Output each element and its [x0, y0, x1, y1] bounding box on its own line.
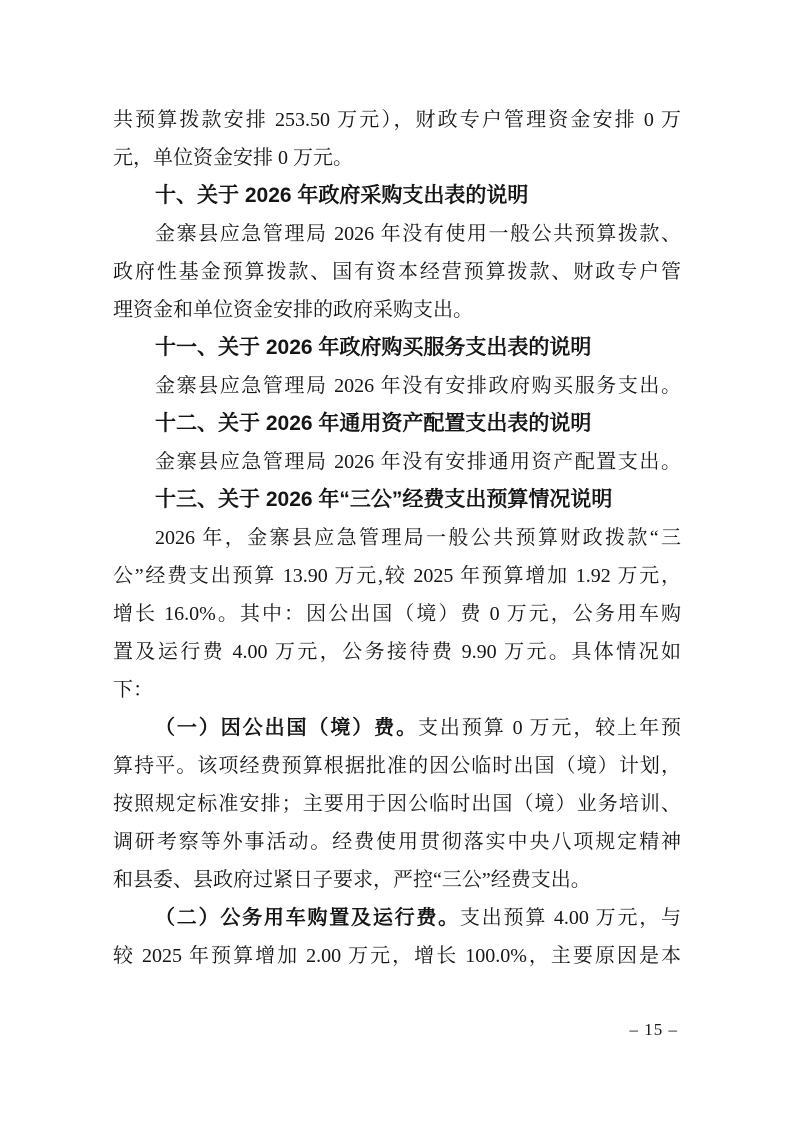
body-text: 共预算拨款安排 253.50 万元），财政专户管理资金安排 0 万 [113, 109, 681, 131]
text-line: 十、关于 2026 年政府采购支出表的说明 [113, 177, 681, 215]
text-line: （一）因公出国（境）费。支出预算 0 万元，较上年预 [113, 709, 681, 747]
paragraph-bold-lead: （一）因公出国（境）费。 [155, 717, 418, 739]
body-text: 和县委、县政府过紧日子要求，严控“三公”经费支出。 [113, 869, 591, 891]
section-heading: 十三、关于 2026 年“三公”经费支出预算情况说明 [155, 488, 612, 511]
section-heading: 十、关于 2026 年政府采购支出表的说明 [155, 184, 528, 207]
text-line: 算持平。该项经费预算根据批准的因公临时出国（境）计划， [113, 747, 681, 785]
text-line: 金寨县应急管理局 2026 年没有安排政府购买服务支出。 [113, 367, 681, 405]
text-line: 调研考察等外事活动。经费使用贯彻落实中央八项规定精神 [113, 823, 681, 861]
body-text: 金寨县应急管理局 2026 年没有安排政府购买服务支出。 [155, 375, 681, 397]
body-text: 算持平。该项经费预算根据批准的因公临时出国（境）计划， [113, 755, 681, 777]
text-line: 按照规定标准安排；主要用于因公临时出国（境）业务培训、 [113, 785, 681, 823]
text-line: 金寨县应急管理局 2026 年没有使用一般公共预算拨款、 [113, 215, 681, 253]
text-line: 较 2025 年预算增加 2.00 万元，增长 100.0%，主要原因是本 [113, 937, 681, 975]
paragraph-bold-lead: （二）公务用车购置及运行费。 [155, 907, 460, 929]
document-page: 共预算拨款安排 253.50 万元），财政专户管理资金安排 0 万元，单位资金安… [0, 0, 793, 1122]
body-text: 调研考察等外事活动。经费使用贯彻落实中央八项规定精神 [113, 831, 681, 853]
body-text: 按照规定标准安排；主要用于因公临时出国（境）业务培训、 [113, 793, 681, 815]
body-text: 理资金和单位资金安排的政府采购支出。 [113, 299, 473, 321]
section-heading: 十二、关于 2026 年通用资产配置支出表的说明 [155, 412, 591, 435]
body-text: 较 2025 年预算增加 2.00 万元，增长 100.0%，主要原因是本 [113, 945, 681, 967]
body-text: 元，单位资金安排 0 万元。 [113, 147, 353, 169]
page-number: – 15 – [630, 1018, 679, 1042]
body-text: 2026 年，金寨县应急管理局一般公共预算财政拨款“三 [155, 527, 681, 549]
text-line: 理资金和单位资金安排的政府采购支出。 [113, 291, 681, 329]
text-line: 政府性基金预算拨款、国有资本经营预算拨款、财政专户管 [113, 253, 681, 291]
text-line: 十二、关于 2026 年通用资产配置支出表的说明 [113, 405, 681, 443]
text-line: 十三、关于 2026 年“三公”经费支出预算情况说明 [113, 481, 681, 519]
text-line: 元，单位资金安排 0 万元。 [113, 139, 681, 177]
text-line: 增长 16.0%。其中：因公出国（境）费 0 万元，公务用车购 [113, 595, 681, 633]
body-text: 下： [113, 679, 153, 701]
body-text: 置及运行费 4.00 万元，公务接待费 9.90 万元。具体情况如 [113, 641, 681, 663]
text-line: 下： [113, 671, 681, 709]
text-line: 十一、关于 2026 年政府购买服务支出表的说明 [113, 329, 681, 367]
body-text: 增长 16.0%。其中：因公出国（境）费 0 万元，公务用车购 [113, 603, 681, 625]
text-line: 置及运行费 4.00 万元，公务接待费 9.90 万元。具体情况如 [113, 633, 681, 671]
text-line: 金寨县应急管理局 2026 年没有安排通用资产配置支出。 [113, 443, 681, 481]
text-line: 公”经费支出预算 13.90 万元,较 2025 年预算增加 1.92 万元， [113, 557, 681, 595]
text-line: 和县委、县政府过紧日子要求，严控“三公”经费支出。 [113, 861, 681, 899]
body-text: 金寨县应急管理局 2026 年没有使用一般公共预算拨款、 [155, 223, 681, 245]
text-line: 2026 年，金寨县应急管理局一般公共预算财政拨款“三 [113, 519, 681, 557]
body-text: 支出预算 0 万元，较上年预 [418, 717, 681, 739]
document-lines: 共预算拨款安排 253.50 万元），财政专户管理资金安排 0 万元，单位资金安… [113, 101, 681, 975]
body-text: 公”经费支出预算 13.90 万元,较 2025 年预算增加 1.92 万元， [113, 565, 681, 587]
body-text: 政府性基金预算拨款、国有资本经营预算拨款、财政专户管 [113, 261, 681, 283]
text-line: （二）公务用车购置及运行费。支出预算 4.00 万元，与 [113, 899, 681, 937]
body-text: 支出预算 4.00 万元，与 [460, 907, 681, 929]
body-text: 金寨县应急管理局 2026 年没有安排通用资产配置支出。 [155, 451, 681, 473]
text-line: 共预算拨款安排 253.50 万元），财政专户管理资金安排 0 万 [113, 101, 681, 139]
section-heading: 十一、关于 2026 年政府购买服务支出表的说明 [155, 336, 591, 359]
